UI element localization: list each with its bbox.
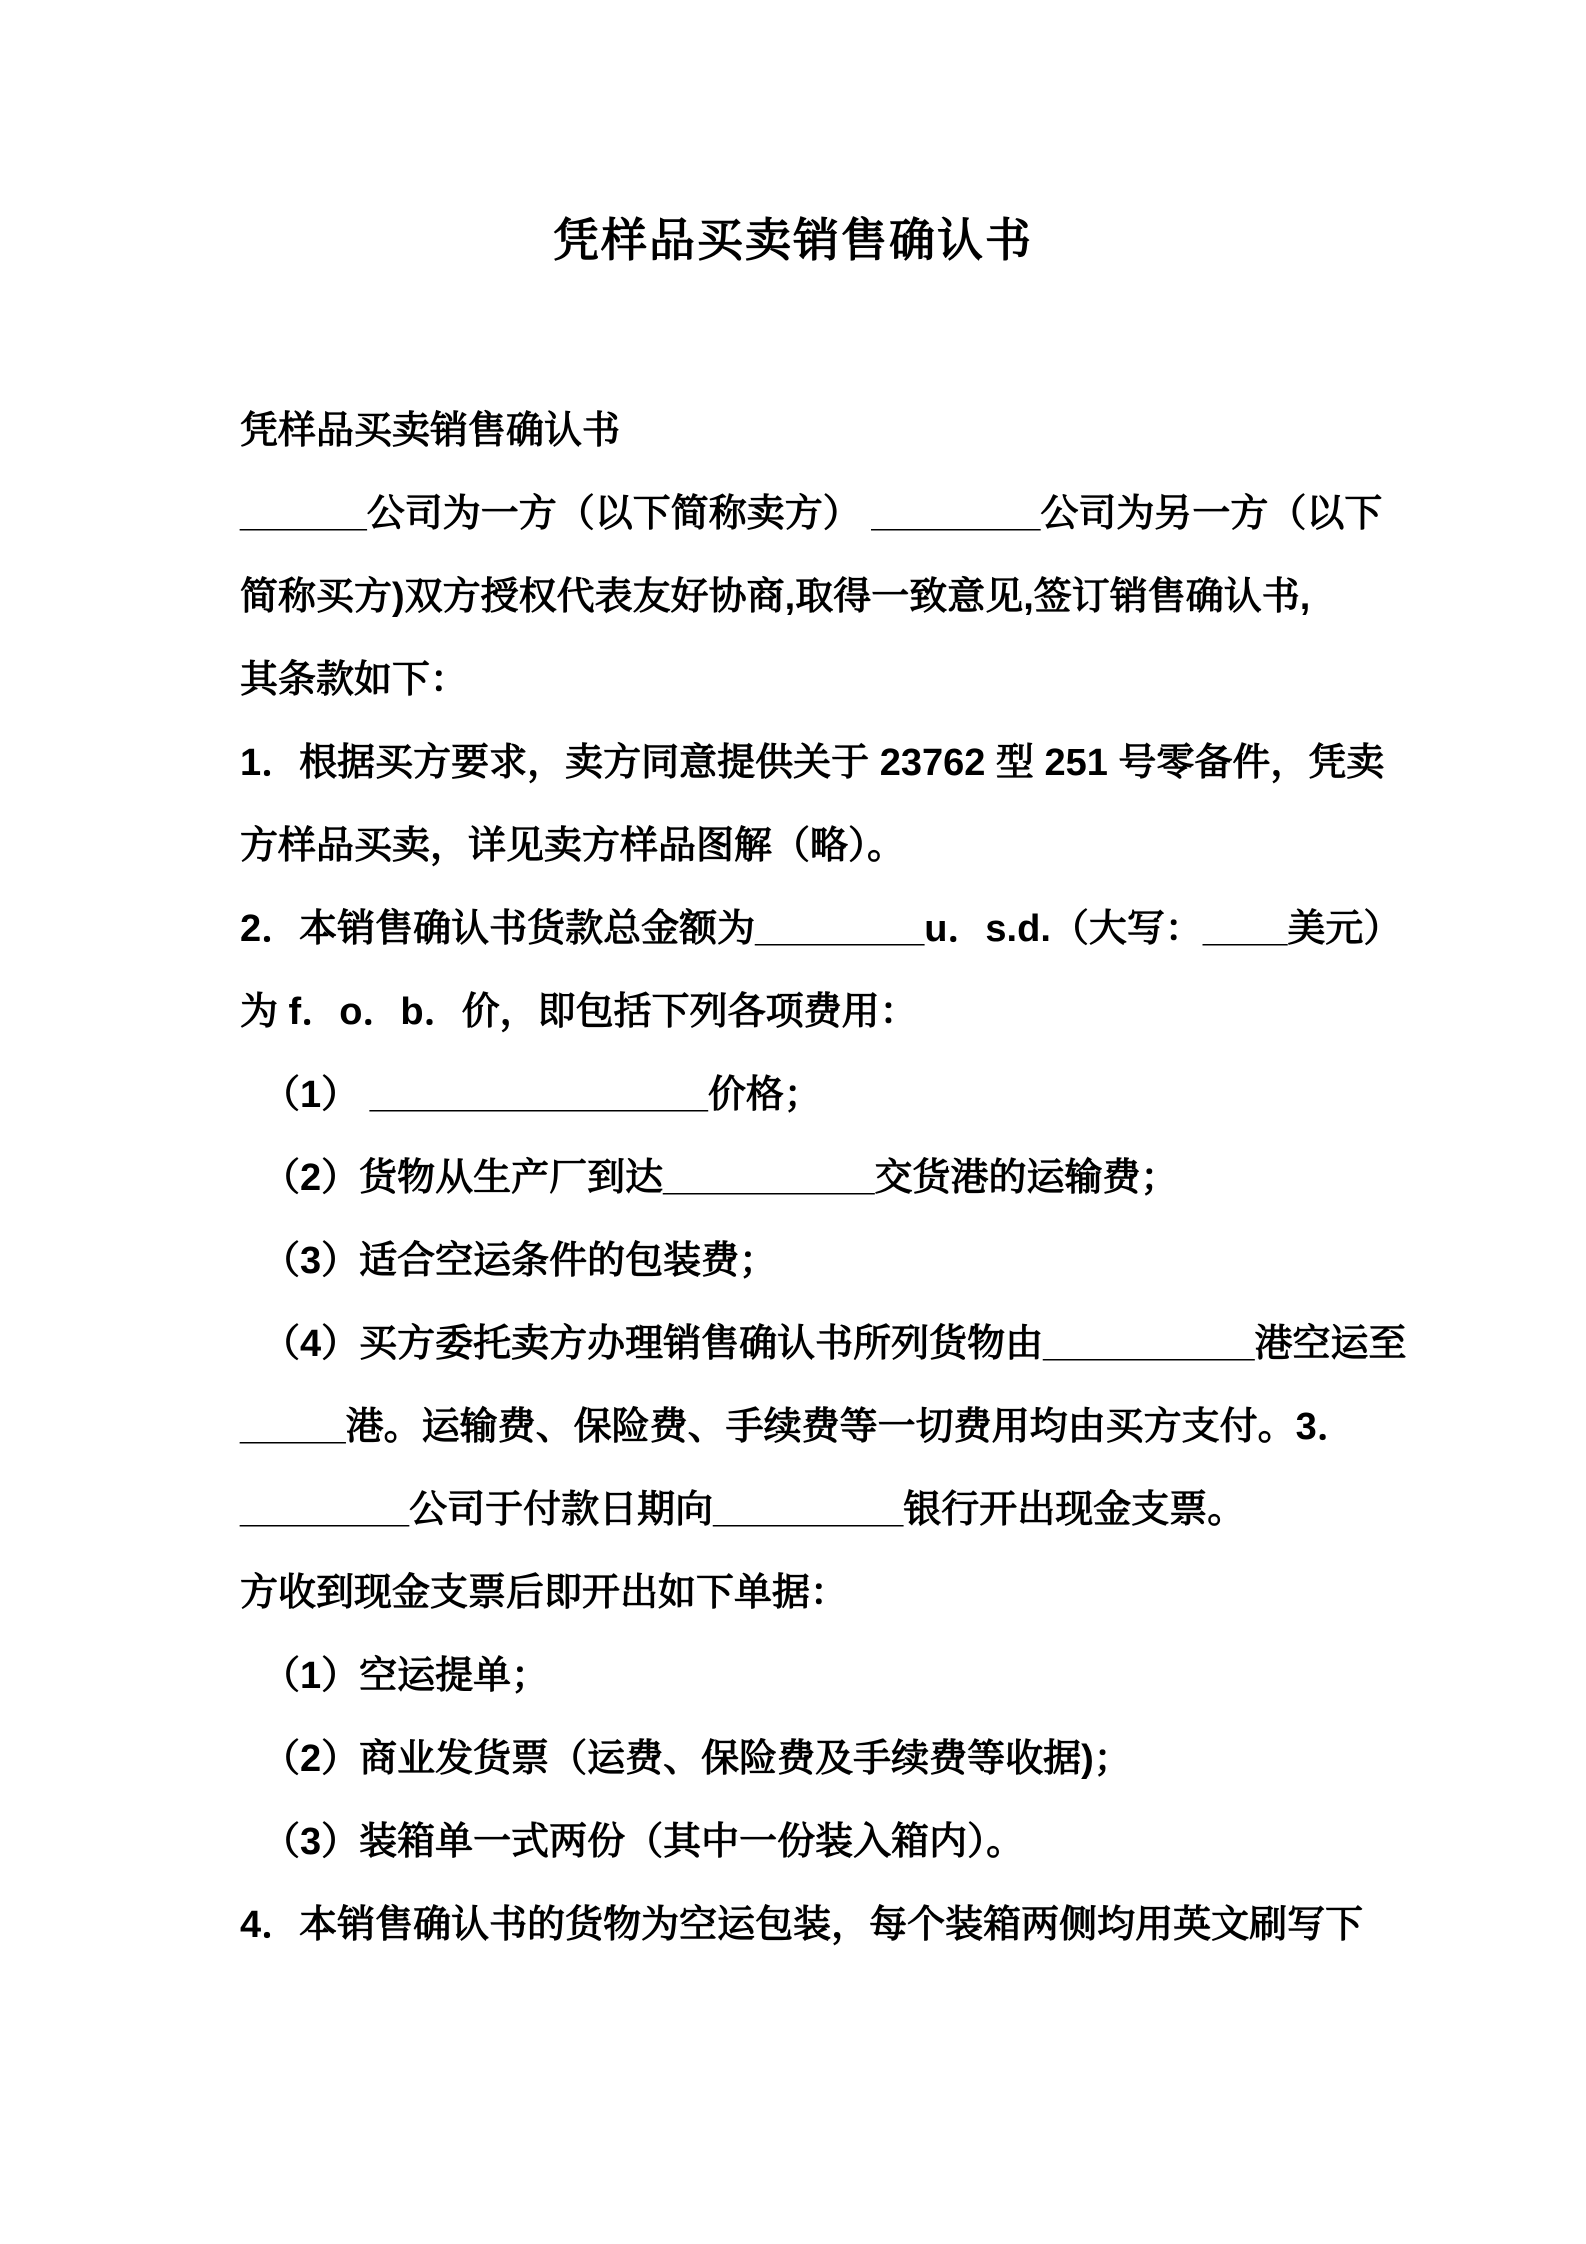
- document-line-subitem: （2）货物从生产厂到达__________交货港的运输费；: [240, 1137, 1416, 1220]
- document-line-subitem: （2）商业发货票（运费、保险费及手续费等收据)；: [240, 1718, 1416, 1801]
- document-line: 凭样品买卖销售确认书: [240, 390, 1416, 473]
- document-line: 方收到现金支票后即开出如下单据：: [240, 1552, 1416, 1635]
- document-line: 为 f．o．b．价，即包括下列各项费用：: [240, 971, 1416, 1054]
- document-title: 凭样品买卖销售确认书: [0, 0, 1586, 268]
- document-line-subitem: （3）装箱单一式两份（其中一份装入箱内）。: [240, 1801, 1416, 1884]
- document-line: ________公司于付款日期向_________银行开出现金支票。: [240, 1469, 1416, 1552]
- document-line-subitem: （1）空运提单；: [240, 1635, 1416, 1718]
- document-line: _____港。运输费、保险费、手续费等一切费用均由买方支付。3．: [240, 1386, 1416, 1469]
- document-page: 凭样品买卖销售确认书 凭样品买卖销售确认书 ______公司为一方（以下简称卖方…: [0, 0, 1586, 2244]
- document-line-subitem: （1） ________________价格；: [240, 1054, 1416, 1137]
- document-line-subitem: （4）买方委托卖方办理销售确认书所列货物由__________港空运至: [240, 1303, 1416, 1386]
- document-line: 方样品买卖，详见卖方样品图解（略）。: [240, 805, 1416, 888]
- document-line: 简称买方)双方授权代表友好协商,取得一致意见,签订销售确认书,: [240, 556, 1416, 639]
- document-line: 1．根据买方要求，卖方同意提供关于 23762 型 251 号零备件，凭卖: [240, 722, 1416, 805]
- document-line-subitem: （3）适合空运条件的包装费；: [240, 1220, 1416, 1303]
- document-line: 其条款如下：: [240, 639, 1416, 722]
- document-body: 凭样品买卖销售确认书 ______公司为一方（以下简称卖方） ________公…: [240, 390, 1416, 1967]
- document-line: 4．本销售确认书的货物为空运包装，每个装箱两侧均用英文刷写下: [240, 1884, 1416, 1967]
- document-line: ______公司为一方（以下简称卖方） ________公司为另一方（以下: [240, 473, 1416, 556]
- document-line: 2．本销售确认书货款总金额为________u．s.d.（大写：____美元）: [240, 888, 1416, 971]
